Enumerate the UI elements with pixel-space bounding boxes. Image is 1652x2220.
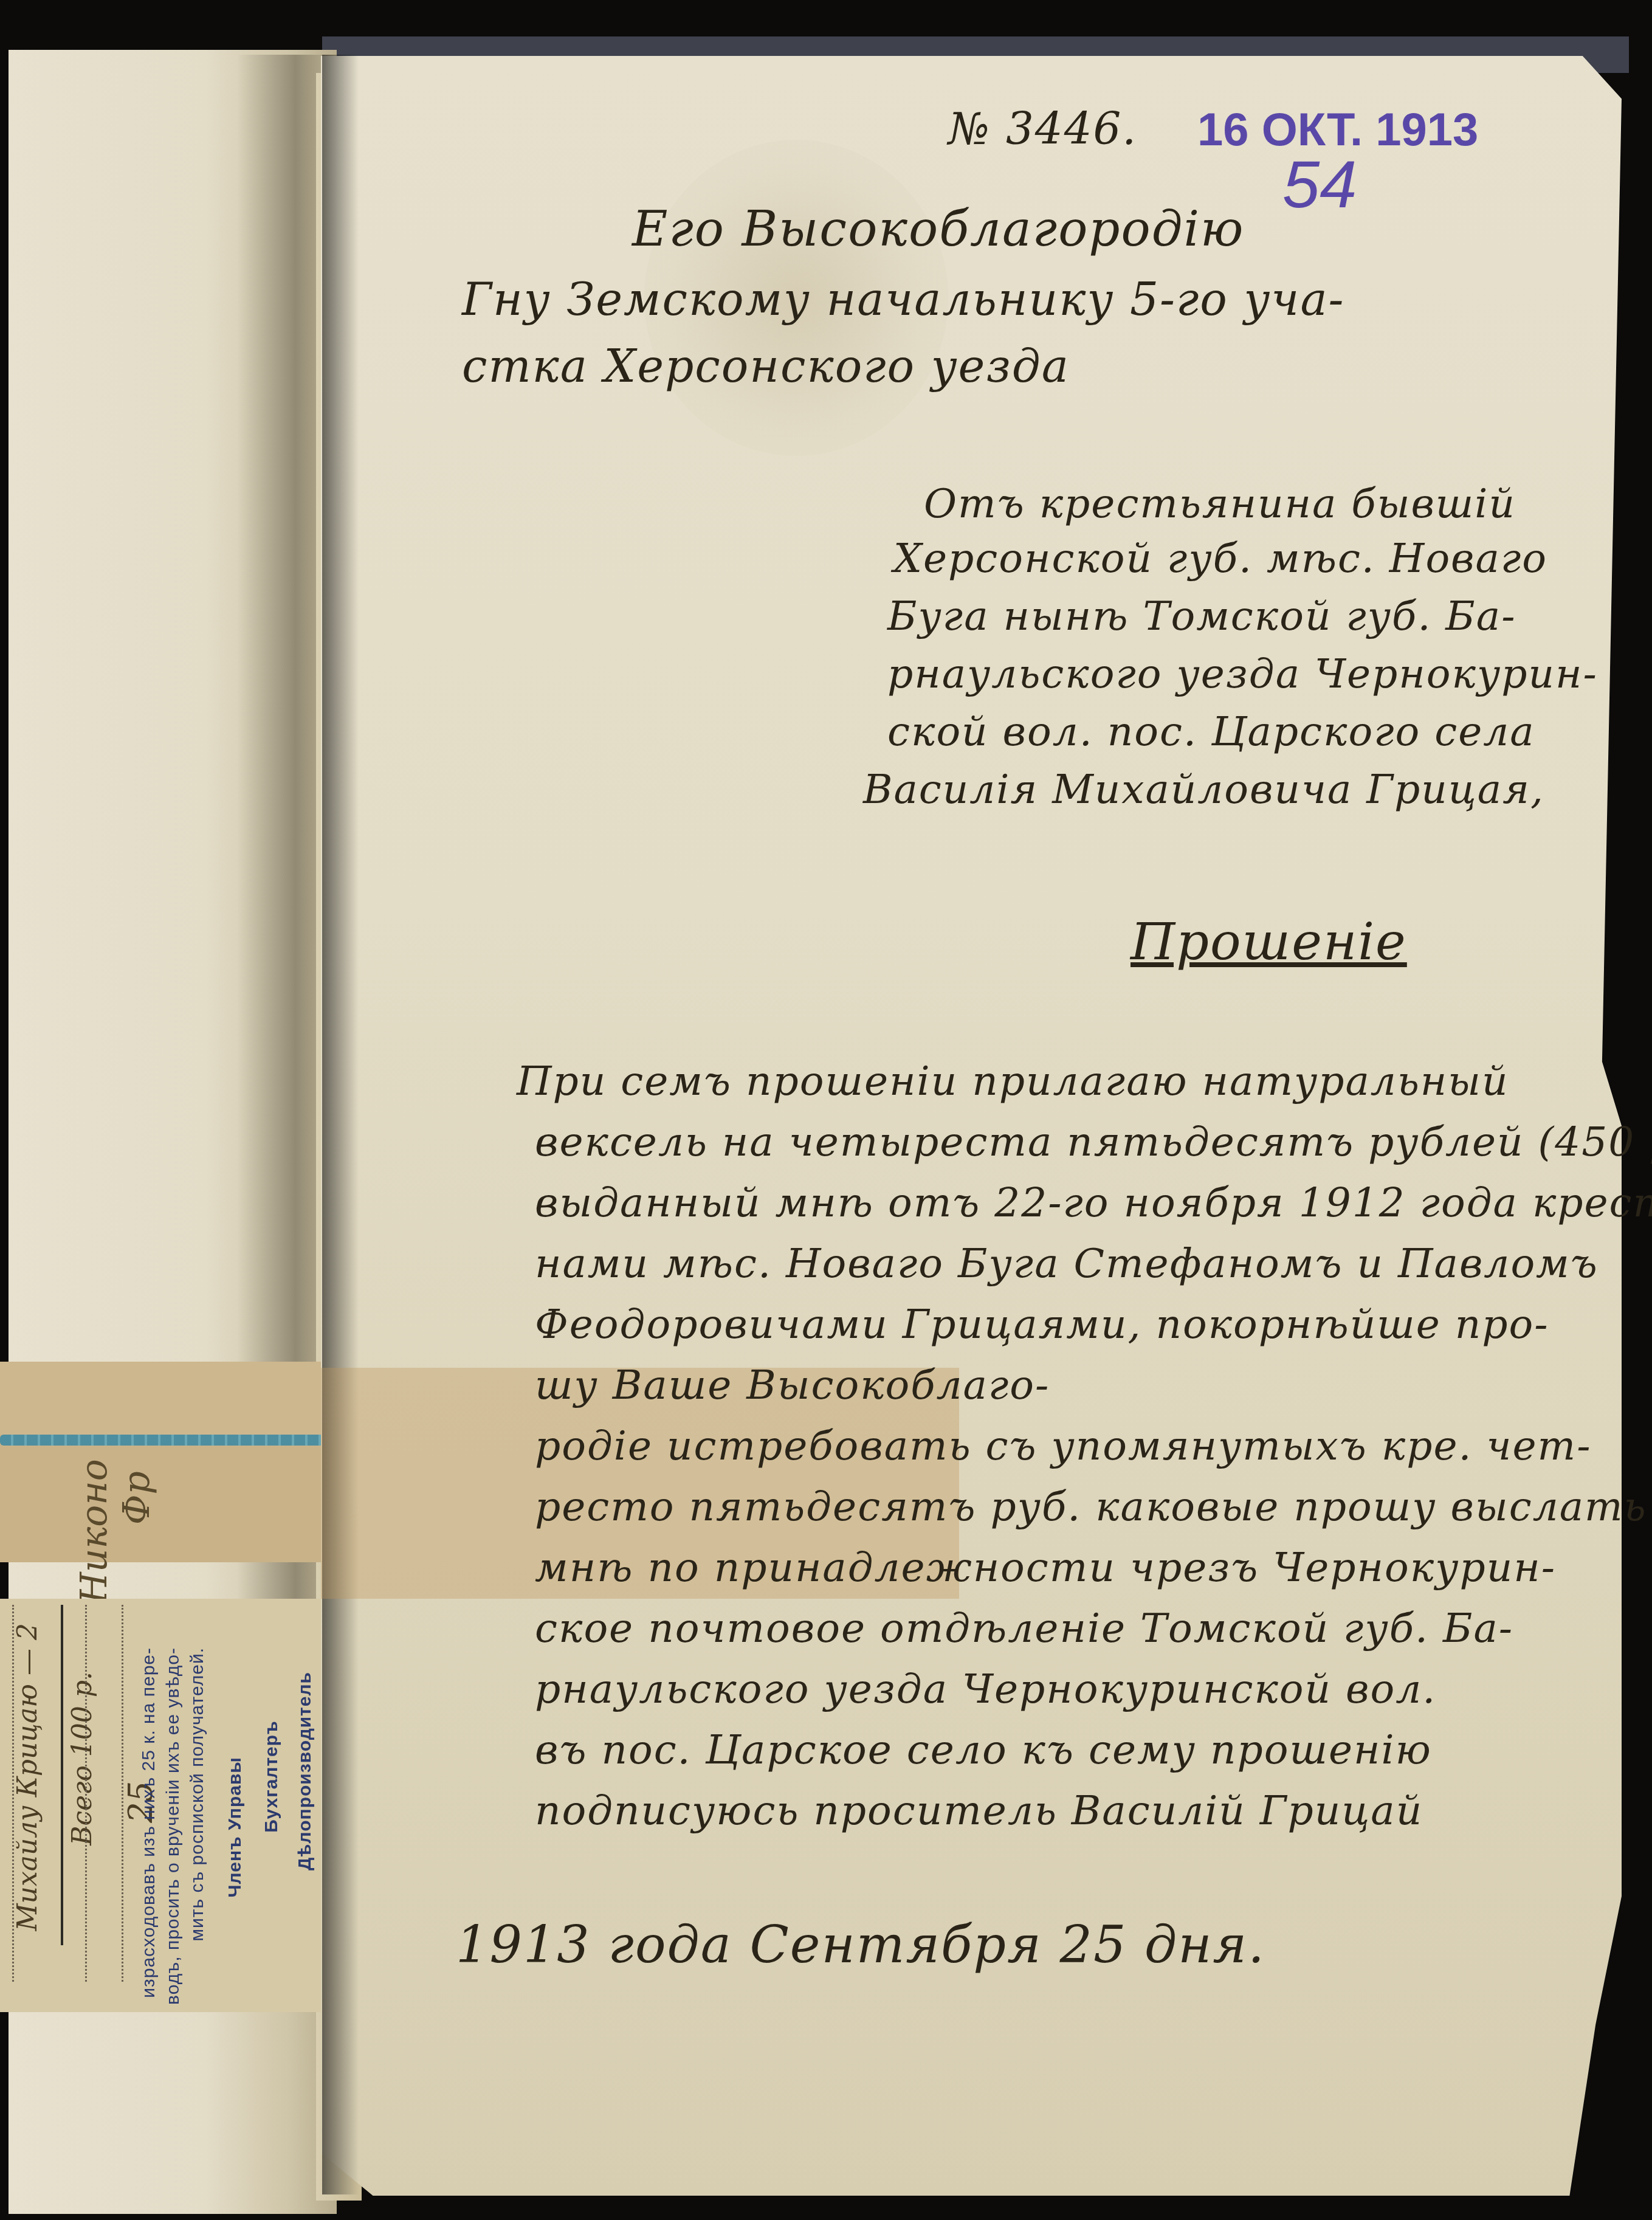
- body-line-8: ресто пятьдесятъ руб. каковые прошу высл…: [535, 1483, 1647, 1530]
- signatory-board-member: Членъ Управы: [225, 1757, 246, 1897]
- sender-line-2: Херсонской губ. мѣс. Новаго: [893, 535, 1547, 582]
- spine-shadow: [322, 55, 359, 2194]
- body-line-12: въ пос. Царское село къ сему прошенію: [535, 1726, 1432, 1773]
- body-line-2: вексель на четыреста пятьдесятъ рублей (…: [535, 1119, 1652, 1165]
- dotted-rule: [122, 1605, 123, 1982]
- body-line-1: При семъ прошеніи прилагаю натуральный: [517, 1058, 1509, 1105]
- sender-line-1: Отъ крестьянина бывшій: [924, 480, 1516, 527]
- receipt-hand-1: Михайлу Крицаю — 2: [12, 1623, 43, 1931]
- petition-title: Прошеніе: [1131, 912, 1407, 971]
- body-line-7: родіе истребовать съ упомянутыхъ кре. че…: [535, 1422, 1591, 1469]
- band-handwriting-2: Фр: [115, 1471, 158, 1525]
- receipt-divider: [61, 1605, 63, 1945]
- receipt-line-1: израсходовавъ изъ нихъ 25 к. на пере-: [139, 1647, 159, 1998]
- body-line-9: мнѣ по принадлежности чрезъ Чернокурин-: [535, 1544, 1556, 1591]
- printed-receipt: Михайлу Крицаю — 2 Всего 100 р. 25 израс…: [0, 1599, 340, 2012]
- sender-line-3: Буга нынѣ Томской губ. Ба-: [887, 593, 1516, 639]
- signatory-clerk: Дѣлопроизводитель: [295, 1672, 315, 1870]
- marginal-mark: 54: [1282, 146, 1357, 223]
- receipt-line-2: водъ, просить о врученіи ихъ ее увѣдо-: [163, 1647, 184, 2005]
- ornamental-border: [0, 1435, 340, 1446]
- registry-number: № 3446.: [948, 103, 1137, 154]
- body-line-6: шу Ваше Высокоблаго-: [535, 1362, 1050, 1408]
- body-line-4: нами мѣс. Новаго Буга Стефаномъ и Павлом…: [535, 1240, 1599, 1287]
- band-handwriting-1: Никоно: [73, 1459, 115, 1604]
- addressee-line-3: стка Херсонского уезда: [462, 340, 1070, 393]
- body-line-3: выданный мнѣ отъ 22-го ноября 1912 года …: [535, 1179, 1652, 1226]
- body-line-13-signature: подписуюсь проситель Василій Грицай: [535, 1787, 1423, 1834]
- body-line-11: рнаульского уезда Чернокуринской вол.: [535, 1666, 1436, 1712]
- sender-line-5: ской вол. пос. Царского села: [887, 708, 1535, 755]
- sender-line-4: рнаульского уезда Чернокурин-: [887, 650, 1598, 697]
- receipt-hand-2: Всего 100 р.: [67, 1672, 98, 1846]
- petition-date: 1913 года Сентября 25 дня.: [456, 1915, 1265, 1974]
- body-line-10: ское почтовое отдѣленіе Томской губ. Ба-: [535, 1605, 1513, 1652]
- paper-band-top: [0, 1362, 353, 1435]
- signatory-accountant: Бухгалтеръ: [261, 1720, 282, 1833]
- dotted-rule: [85, 1605, 87, 1982]
- dotted-rule: [12, 1605, 14, 1982]
- body-line-5: Феодоровичами Грицаями, покорнѣйше про-: [535, 1301, 1549, 1348]
- addressee-line-2: Гну Земскому начальнику 5-го уча-: [462, 274, 1345, 326]
- sender-line-6: Василія Михайловича Грицая,: [863, 766, 1544, 813]
- addressee-line-1: Его Высокоблагородію: [632, 201, 1244, 257]
- receipt-line-3: мить съ роспиской получателей.: [187, 1647, 208, 1942]
